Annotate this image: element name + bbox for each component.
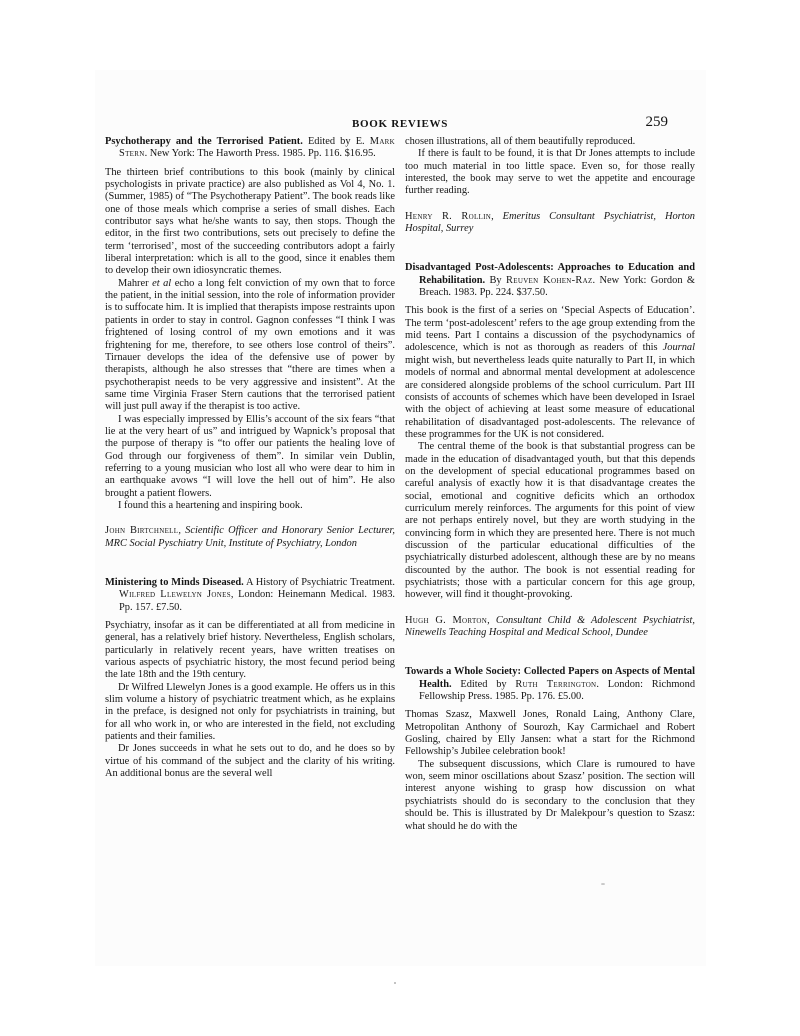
page-number: 259 — [646, 114, 669, 131]
paragraph: The thirteen brief contributions to this… — [105, 167, 395, 278]
review-title: Ministering to Minds Diseased. A History… — [105, 577, 395, 614]
review-title: Towards a Whole Society: Collected Paper… — [405, 666, 695, 703]
review-title: Psychotherapy and the Terrorised Patient… — [105, 136, 395, 161]
paragraph: Thomas Szasz, Maxwell Jones, Ronald Lain… — [405, 709, 695, 758]
review-title: Disadvantaged Post-Adolescents: Approach… — [405, 262, 695, 299]
reviewer-signature: Henry R. Rollin, Emeritus Consultant Psy… — [405, 211, 695, 236]
paragraph: Psychiatry, insofar as it can be differe… — [105, 620, 395, 682]
scan-speck — [394, 982, 396, 984]
paragraph: Mahrer et al echo a long felt conviction… — [105, 278, 395, 414]
paragraph: I found this a heartening and inspiring … — [105, 500, 395, 512]
running-head: BOOK REVIEWS 259 — [105, 114, 695, 132]
scan-speck — [601, 883, 605, 885]
paragraph: chosen illustrations, all of them beauti… — [405, 136, 695, 148]
paragraph: The subsequent discussions, which Clare … — [405, 759, 695, 833]
paragraph: If there is fault to be found, it is tha… — [405, 148, 695, 197]
paragraph: This book is the first of a series on ‘S… — [405, 305, 695, 441]
page-title: BOOK REVIEWS — [105, 118, 695, 130]
reviewer-signature: John Birtchnell, Scientific Officer and … — [105, 525, 395, 550]
paragraph: The central theme of the book is that su… — [405, 441, 695, 601]
paragraph: Dr Wilfred Llewelyn Jones is a good exam… — [105, 682, 395, 744]
column-right: chosen illustrations, all of them beauti… — [405, 136, 695, 833]
text-columns: Psychotherapy and the Terrorised Patient… — [105, 136, 695, 833]
column-left: Psychotherapy and the Terrorised Patient… — [105, 136, 395, 833]
paragraph: Dr Jones succeeds in what he sets out to… — [105, 743, 395, 780]
reviewer-signature: Hugh G. Morton, Consultant Child & Adole… — [405, 615, 695, 640]
paragraph: I was especially impressed by Ellis’s ac… — [105, 414, 395, 500]
scanned-journal-page: BOOK REVIEWS 259 Psychotherapy and the T… — [95, 70, 706, 966]
